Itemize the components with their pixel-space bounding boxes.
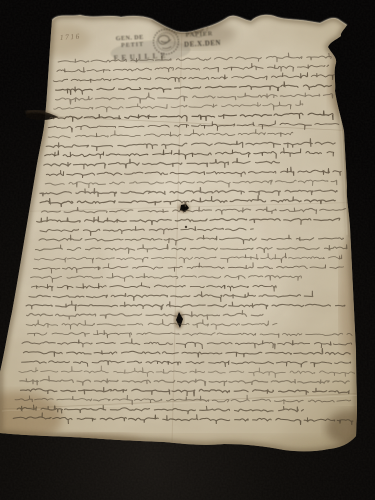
photo-grain <box>0 0 375 500</box>
photo-of-antique-document: GEN. DE PETIT FEUILLE PAPIER DE.X.DEN 17… <box>0 0 375 500</box>
document-photo-canvas: GEN. DE PETIT FEUILLE PAPIER DE.X.DEN 17… <box>0 0 375 500</box>
